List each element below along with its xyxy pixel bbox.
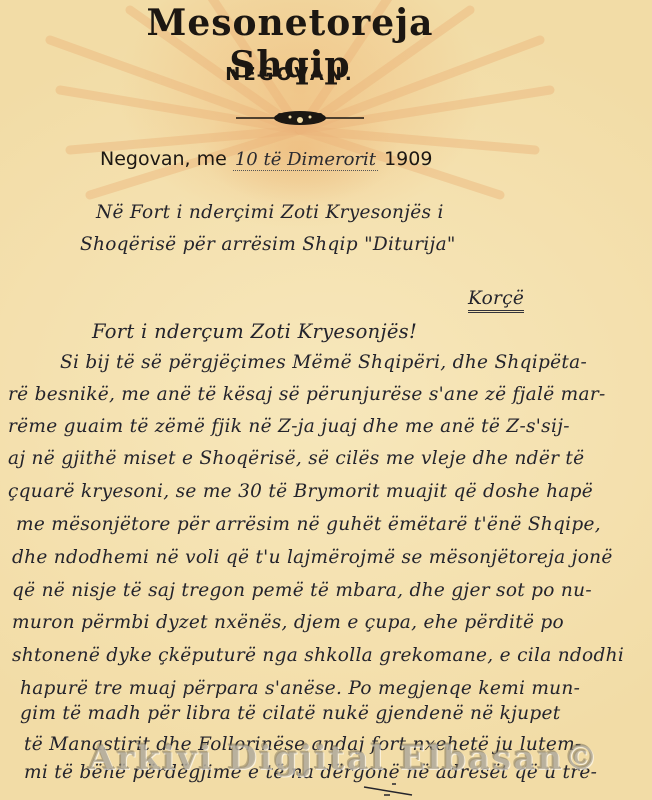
body-line: muron përmbi dyzet nxënës, djem e çupa, … <box>12 612 564 633</box>
dateline: Negovan, me 10 të Dimerorit 1909 <box>100 148 432 170</box>
body-line: shtonenë dyke çkëputurë nga shkolla grek… <box>12 645 624 666</box>
body-line: rëme guaim të zëmë fjik në Z-ja juaj dhe… <box>8 416 570 437</box>
body-line: dhe ndodhemi në voli që t'u lajmërojmë s… <box>12 547 613 568</box>
dateline-year: 1909 <box>384 148 432 170</box>
letterhead-place: NEGOVAN. <box>80 64 500 85</box>
dateline-prefix: Negovan, me <box>100 148 227 170</box>
body-line: çquarë kryesoni, se me 30 të Brymorit mu… <box>8 481 593 502</box>
body-line: rë besnikë, me anë të kësaj së përunjurë… <box>8 384 606 405</box>
address-line-2: Shoqërisë për arrësim Shqip "Diturija" <box>80 234 456 255</box>
salutation: Fort i nderçum Zoti Kryesonjës! <box>92 320 417 343</box>
address-line-1: Në Fort i nderçimi Zoti Kryesonjës i <box>96 202 444 223</box>
archive-watermark: Arkivi Digjital Elbasan© <box>88 738 600 778</box>
address-city: Korçë <box>468 288 524 313</box>
handwritten-date: 10 të Dimerorit <box>233 149 378 171</box>
body-line: me mësonjëtore për arrësim në guhët ëmët… <box>16 514 601 535</box>
body-line: hapurë tre muaj përpara s'anëse. Po megj… <box>20 678 580 699</box>
body-line: gim të madh për libra të cilatë nukë gje… <box>20 703 561 724</box>
body-line: që në nisje të saj tregon pemë të mbara,… <box>12 580 592 601</box>
decorative-flourish-icon <box>236 108 364 128</box>
page-end-mark-icon <box>362 783 422 797</box>
body-line: Si bij të së përgjëçimes Mëmë Shqipëri, … <box>60 352 587 373</box>
body-line: aj në gjithë miset e Shoqërisë, së cilës… <box>8 448 584 469</box>
